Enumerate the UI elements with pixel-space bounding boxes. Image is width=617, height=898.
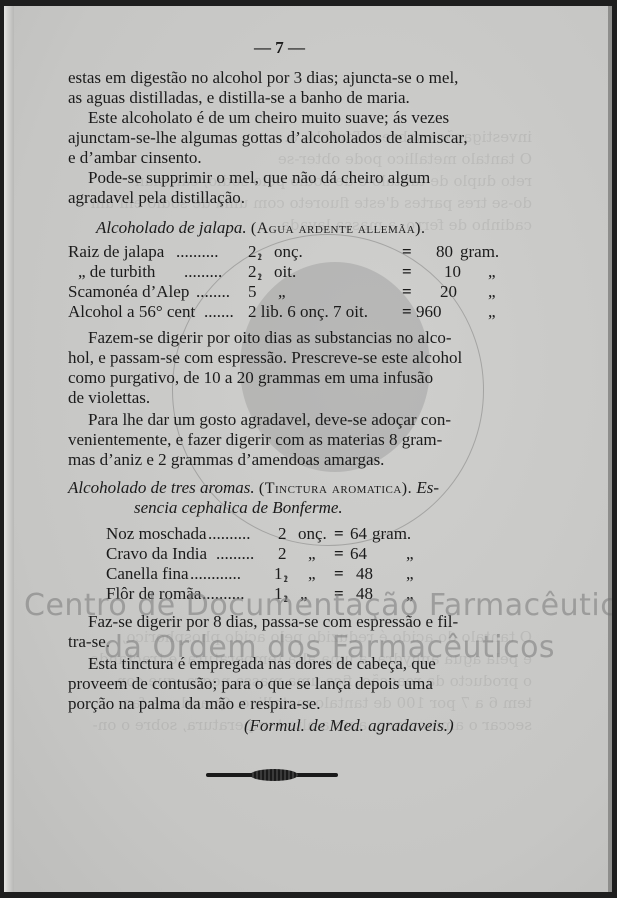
unit: oit. [274,262,296,282]
metric-value: 20 [440,282,457,302]
text-line: Este alcoholato é de um cheiro muito sua… [88,108,449,128]
metric-unit: „ [488,262,496,282]
frac-den: 2 [258,253,263,261]
leader-dots: ......... [216,544,254,564]
text-line: como purgativo, de 10 a 20 grammas em um… [68,368,433,388]
quantity: 212 [248,242,258,262]
qty-value: 2 [248,242,257,261]
unit: „ [308,564,316,584]
ingredient-name: Raiz de jalapa [68,242,164,262]
leader-dots: .......... [208,524,251,544]
ingredient-name: Noz moschada [106,524,207,544]
metric-value: 64 [350,544,367,564]
quantity: 5 [248,282,257,302]
recipe-row: Noz moschada .......... 2 onç. = 64 gram… [106,524,506,544]
heading-italic: Alcoholado de tres aromas. [68,478,255,497]
equals-sign: = [402,262,412,282]
heading-italic: Alcoholado de jalapa. [96,218,247,237]
metric-value: 960 [416,302,442,322]
quantity: 2 [278,544,287,564]
leader-dots: .......... [176,242,219,262]
metric-unit: „ [406,544,414,564]
text-line: porção na palma da mão e respira-se. [68,694,321,714]
text-line: e d’ambar cinsento. [68,148,202,168]
quantity: 2 [278,524,287,544]
text-line: hol, e passam-se com espressão. Prescrev… [68,348,462,368]
metric-unit: gram. [460,242,499,262]
text-line: Pode-se supprimir o mel, que não dá chei… [88,168,430,188]
ingredient-name: Canella fina [106,564,189,584]
metric-unit: „ [488,302,496,322]
section-heading-line2: sencia cephalica de Bonferme. [134,498,343,518]
recipe-row: „ de turbith ......... 212 oit. = 10 „ [68,262,508,282]
recipe-row: Scamonéa d’Alep ........ 5 „ = 20 „ [68,282,508,302]
qty-value: 1 [274,564,283,583]
leader-dots: ........ [196,282,230,302]
leader-dots: ............ [190,564,241,584]
metric-value: 10 [444,262,461,282]
equals-sign: = [402,282,412,302]
ingredient-name: Cravo da India [106,544,207,564]
text-line: de violettas. [68,388,150,408]
page-text: — 7 — estas em digestão no alcohol por 3… [4,6,612,892]
text-line: mas d’aniz e 2 grammas d’amendoas amarga… [68,450,384,470]
equals-sign: = [334,544,344,564]
equals-sign: = [334,564,344,584]
watermark-line-2: da Ordem dos Farmacêuticos [104,630,555,665]
recipe-row: Raiz de jalapa .......... 212 onç. = 80 … [68,242,508,262]
unit: „ [308,544,316,564]
ingredient-name: Alcohol a 56° cent [68,302,195,322]
frac-den: 2 [258,273,263,281]
watermark-line-1: Centro de Documentação Farmacêutica [24,588,612,623]
section-heading-jalapa: Alcoholado de jalapa. (Agua ardente alle… [96,218,426,238]
metric-value: 48 [356,564,373,584]
ingredient-name: „ de turbith [78,262,155,282]
heading-caps: (Tinctura aromatica). [259,480,412,497]
recipe-row: Alcohol a 56° cent ....... 2 lib. 6 onç.… [68,302,508,322]
metric-unit: „ [488,282,496,302]
unit: onç. [274,242,303,262]
equals-sign: = [334,524,344,544]
frac-den: 2 [284,575,289,583]
quantity: 212 [248,262,258,282]
equals-sign: = [402,302,412,322]
text-line: Fazem-se digerir por oito dias as substa… [88,328,452,348]
equals-sign: = [402,242,412,262]
text-line: agradavel pela distillação. [68,188,245,208]
text-line: estas em digestão no alcohol por 3 dias;… [68,68,458,88]
metric-value: 64 [350,524,367,544]
qty-value: 2 [248,262,257,281]
quantity: 112 [274,564,284,584]
scanned-page: investigações sobre o Tantalo, a. O tant… [4,6,612,892]
quantity: 2 lib. 6 onç. 7 oit. [248,302,368,322]
text-line: as aguas distilladas, e distilla-se a ba… [68,88,410,108]
ingredient-name: Scamonéa d’Alep [68,282,189,302]
recipe-row: Cravo da India ......... 2 „ = 64 „ [106,544,506,564]
section-heading-tres-aromas: Alcoholado de tres aromas. (Tinctura aro… [68,478,439,498]
unit: „ [278,282,286,302]
text-line: ajunctam-se-lhe algumas gottas d’alcohol… [68,128,468,148]
leader-dots: ....... [204,302,234,322]
metric-unit: „ [406,564,414,584]
heading-italic-tail: Es- [416,478,439,497]
text-line: Para lhe dar um gosto agradavel, deve-se… [88,410,451,430]
metric-value: 80 [436,242,453,262]
metric-unit: gram. [372,524,411,544]
text-line: venientemente, e fazer digerir com as ma… [68,430,442,450]
unit: onç. [298,524,327,544]
recipe-row: Canella fina ............ 112 „ = 48 „ [106,564,506,584]
text-line: proveem de contusão; para o que se lança… [68,674,433,694]
page-number: — 7 — [254,38,305,58]
heading-caps: (Agua ardente allemãa). [251,220,426,237]
leader-dots: ......... [184,262,222,282]
source-citation: (Formul. de Med. agradaveis.) [244,716,454,736]
ornamental-rule-center [250,769,298,781]
